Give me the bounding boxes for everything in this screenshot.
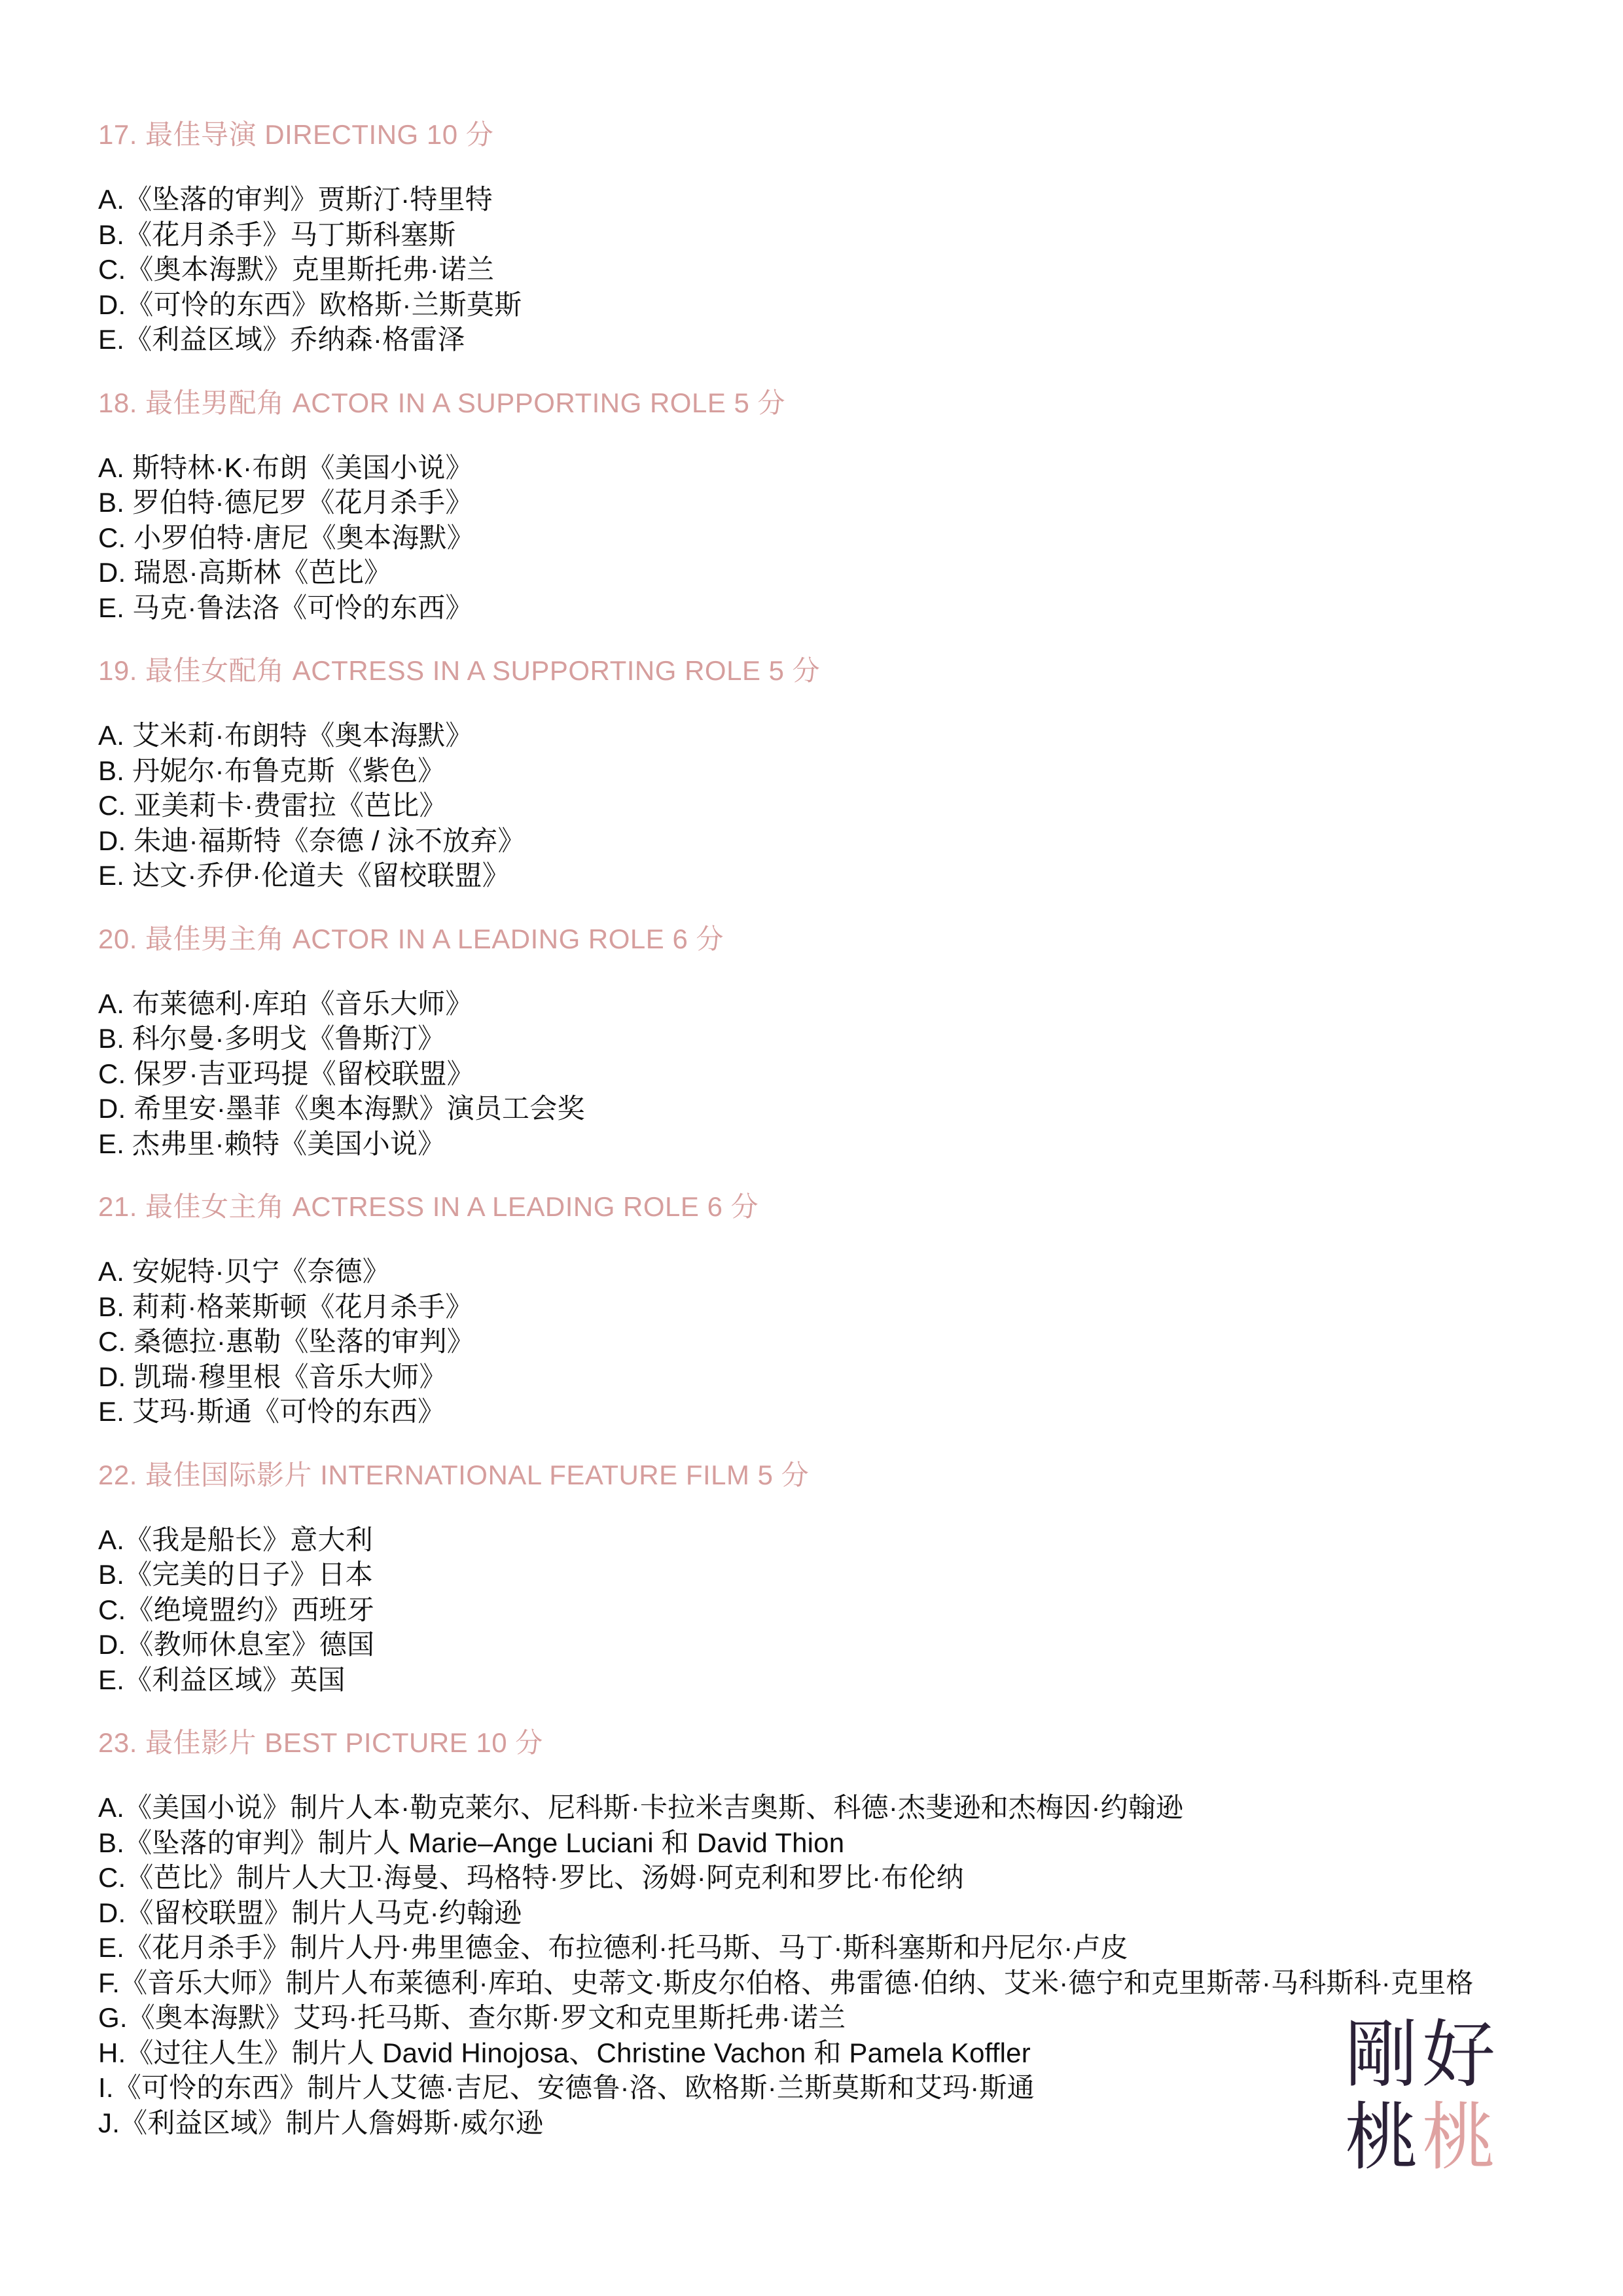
- option: H.《过往人生》制片人 David Hinojosa、Christine Vac…: [98, 2036, 1544, 2071]
- section-title: 19. 最佳女配角 ACTRESS IN A SUPPORTING ROLE 5…: [98, 653, 1544, 689]
- logo-char-gang: 剛: [1343, 2015, 1420, 2097]
- options-list: A. 布莱德利·库珀《音乐大师》 B. 科尔曼·多明戈《鲁斯汀》 C. 保罗·吉…: [98, 986, 1544, 1162]
- option: D. 朱迪·福斯特《奈德 / 泳不放弃》: [98, 823, 1544, 859]
- option: A.《坠落的审判》贾斯汀·特里特: [98, 182, 1544, 217]
- option: D.《留校联盟》制片人马克·约翰逊: [98, 1895, 1544, 1931]
- option: E. 达文·乔伊·伦道夫《留校联盟》: [98, 858, 1544, 893]
- option: D.《教师休息室》德国: [98, 1627, 1544, 1662]
- section-title: 17. 最佳导演 DIRECTING 10 分: [98, 117, 1544, 153]
- section-22-international-feature: 22. 最佳国际影片 INTERNATIONAL FEATURE FILM 5 …: [98, 1457, 1544, 1698]
- option: B. 莉莉·格莱斯顿《花月杀手》: [98, 1289, 1544, 1325]
- section-title: 21. 最佳女主角 ACTRESS IN A LEADING ROLE 6 分: [98, 1189, 1544, 1225]
- section-title: 18. 最佳男配角 ACTOR IN A SUPPORTING ROLE 5 分: [98, 385, 1544, 422]
- option: E.《利益区域》乔纳森·格雷泽: [98, 322, 1544, 357]
- option: B.《花月杀手》马丁斯科塞斯: [98, 217, 1544, 253]
- option: F.《音乐大师》制片人布莱德利·库珀、史蒂文·斯皮尔伯格、弗雷德·伯纳、艾米·德…: [98, 1965, 1544, 2001]
- option: B. 丹妮尔·布鲁克斯《紫色》: [98, 753, 1544, 789]
- option: E.《利益区域》英国: [98, 1662, 1544, 1698]
- option: C. 保罗·吉亚玛提《留校联盟》: [98, 1056, 1544, 1092]
- option: A. 安妮特·贝宁《奈德》: [98, 1254, 1544, 1289]
- option: A. 斯特林·K·布朗《美国小说》: [98, 450, 1544, 486]
- section-title: 23. 最佳影片 BEST PICTURE 10 分: [98, 1725, 1544, 1761]
- option: D.《可怜的东西》欧格斯·兰斯莫斯: [98, 287, 1544, 323]
- option: A. 艾米莉·布朗特《奥本海默》: [98, 718, 1544, 753]
- option: B.《坠落的审判》制片人 Marie–Ange Luciani 和 David …: [98, 1825, 1544, 1861]
- section-18-supporting-actor: 18. 最佳男配角 ACTOR IN A SUPPORTING ROLE 5 分…: [98, 385, 1544, 626]
- options-list: A. 斯特林·K·布朗《美国小说》 B. 罗伯特·德尼罗《花月杀手》 C. 小罗…: [98, 450, 1544, 626]
- option: J.《利益区域》制片人詹姆斯·威尔逊: [98, 2106, 1544, 2141]
- option: A.《美国小说》制片人本·勒克莱尔、尼科斯·卡拉米吉奥斯、科德·杰斐逊和杰梅因·…: [98, 1790, 1544, 1825]
- logo-char-tao-pink: 桃: [1420, 2097, 1497, 2179]
- option: C.《芭比》制片人大卫·海曼、玛格特·罗比、汤姆·阿克利和罗比·布伦纳: [98, 1860, 1544, 1895]
- ballot-content: 17. 最佳导演 DIRECTING 10 分 A.《坠落的审判》贾斯汀·特里特…: [0, 0, 1623, 2140]
- options-list: A.《美国小说》制片人本·勒克莱尔、尼科斯·卡拉米吉奥斯、科德·杰斐逊和杰梅因·…: [98, 1790, 1544, 2140]
- section-title: 20. 最佳男主角 ACTOR IN A LEADING ROLE 6 分: [98, 921, 1544, 958]
- ballot-page: 17. 最佳导演 DIRECTING 10 分 A.《坠落的审判》贾斯汀·特里特…: [0, 0, 1623, 2296]
- options-list: A.《坠落的审判》贾斯汀·特里特 B.《花月杀手》马丁斯科塞斯 C.《奥本海默》…: [98, 182, 1544, 357]
- options-list: A. 艾米莉·布朗特《奥本海默》 B. 丹妮尔·布鲁克斯《紫色》 C. 亚美莉卡…: [98, 718, 1544, 893]
- option: A. 布莱德利·库珀《音乐大师》: [98, 986, 1544, 1022]
- option: D. 凯瑞·穆里根《音乐大师》: [98, 1359, 1544, 1395]
- option: E.《花月杀手》制片人丹·弗里德金、布拉德利·托马斯、马丁·斯科塞斯和丹尼尔·卢…: [98, 1930, 1544, 1965]
- option: C. 亚美莉卡·费雷拉《芭比》: [98, 788, 1544, 823]
- option: I.《可怜的东西》制片人艾德·吉尼、安德鲁·洛、欧格斯·兰斯莫斯和艾玛·斯通: [98, 2070, 1544, 2106]
- option: E. 杰弗里·赖特《美国小说》: [98, 1126, 1544, 1162]
- section-title: 22. 最佳国际影片 INTERNATIONAL FEATURE FILM 5 …: [98, 1457, 1544, 1494]
- options-list: A.《我是船长》意大利 B.《完美的日子》日本 C.《绝境盟约》西班牙 D.《教…: [98, 1522, 1544, 1698]
- option: D. 希里安·墨菲《奥本海默》演员工会奖: [98, 1091, 1544, 1126]
- section-21-leading-actress: 21. 最佳女主角 ACTRESS IN A LEADING ROLE 6 分 …: [98, 1189, 1544, 1429]
- option: D. 瑞恩·高斯林《芭比》: [98, 555, 1544, 590]
- option: E. 艾玛·斯通《可怜的东西》: [98, 1394, 1544, 1429]
- option: G.《奥本海默》艾玛·托马斯、查尔斯·罗文和克里斯托弗·诺兰: [98, 2000, 1544, 2036]
- options-list: A. 安妮特·贝宁《奈德》 B. 莉莉·格莱斯顿《花月杀手》 C. 桑德拉·惠勒…: [98, 1254, 1544, 1429]
- section-17-directing: 17. 最佳导演 DIRECTING 10 分 A.《坠落的审判》贾斯汀·特里特…: [98, 117, 1544, 357]
- section-20-leading-actor: 20. 最佳男主角 ACTOR IN A LEADING ROLE 6 分 A.…: [98, 921, 1544, 1162]
- option: E. 马克·鲁法洛《可怜的东西》: [98, 590, 1544, 626]
- section-19-supporting-actress: 19. 最佳女配角 ACTRESS IN A SUPPORTING ROLE 5…: [98, 653, 1544, 893]
- logo-char-tao-dark: 桃: [1343, 2097, 1420, 2179]
- logo-char-hao: 好: [1420, 2015, 1497, 2097]
- option: C. 小罗伯特·唐尼《奥本海默》: [98, 520, 1544, 556]
- option: C.《绝境盟约》西班牙: [98, 1592, 1544, 1628]
- option: A.《我是船长》意大利: [98, 1522, 1544, 1558]
- option: B.《完美的日子》日本: [98, 1557, 1544, 1592]
- option: C.《奥本海默》克里斯托弗·诺兰: [98, 252, 1544, 287]
- option: B. 罗伯特·德尼罗《花月杀手》: [98, 485, 1544, 520]
- ganghao-taotao-logo: 剛 好 桃 桃: [1343, 2015, 1497, 2179]
- option: B. 科尔曼·多明戈《鲁斯汀》: [98, 1021, 1544, 1056]
- option: C. 桑德拉·惠勒《坠落的审判》: [98, 1324, 1544, 1359]
- section-23-best-picture: 23. 最佳影片 BEST PICTURE 10 分 A.《美国小说》制片人本·…: [98, 1725, 1544, 2140]
